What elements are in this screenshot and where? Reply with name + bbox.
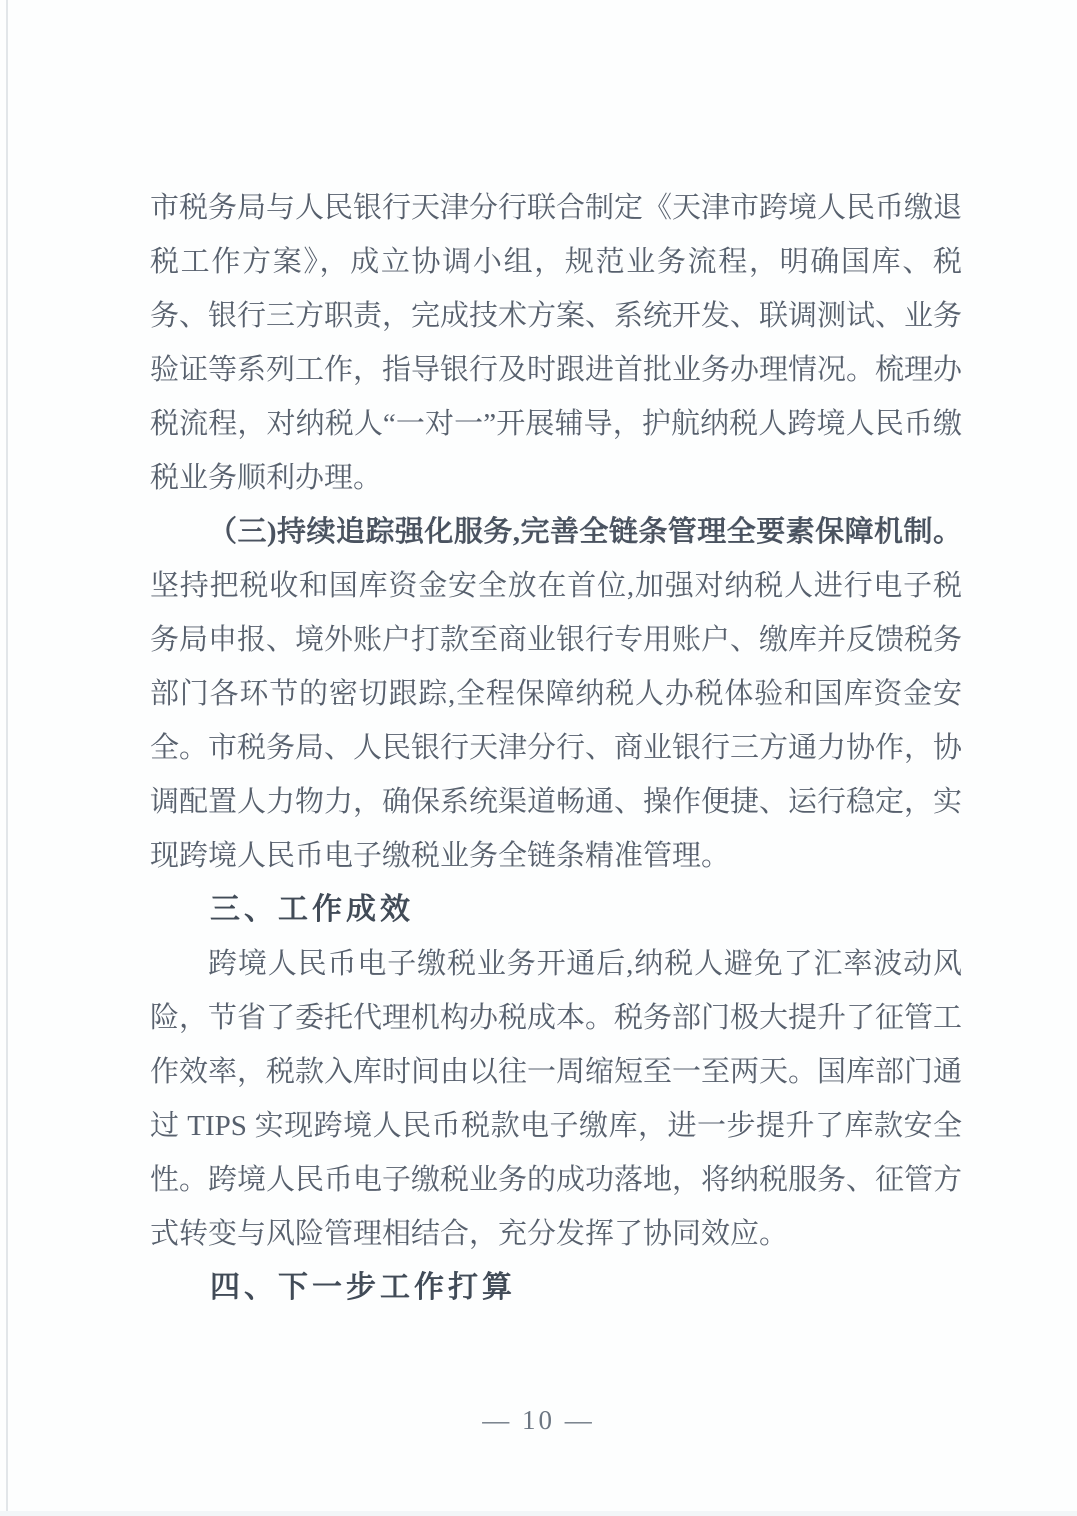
paragraph-continuation: 市税务局与人民银行天津分行联合制定《天津市跨境人民币缴退税工作方案》，成立协调小… (150, 181, 962, 505)
scan-edge-bottom (0, 1511, 1077, 1516)
paragraph-section-3: （三)持续追踪强化服务,完善全链条管理全要素保障机制。坚持把税收和国库资金安全放… (150, 505, 962, 883)
paragraph-work-results: 跨境人民币电子缴税业务开通后,纳税人避免了汇率波动风险，节省了委托代理机构办税成… (150, 937, 962, 1261)
heading-work-results: 三、工作成效 (150, 883, 962, 937)
paragraph-section-3-body: 坚持把税收和国库资金安全放在首位,加强对纳税人进行电子税务局申报、境外账户打款至… (150, 570, 962, 872)
sub-heading-section-3: （三)持续追踪强化服务,完善全链条管理全要素保障机制。 (208, 516, 962, 548)
heading-next-steps: 四、下一步工作打算 (150, 1261, 962, 1315)
page-number: — 10 — (0, 1400, 1077, 1440)
document-body: 市税务局与人民银行天津分行联合制定《天津市跨境人民币缴退税工作方案》，成立协调小… (150, 181, 962, 1315)
document-page: 市税务局与人民银行天津分行联合制定《天津市跨境人民币缴退税工作方案》，成立协调小… (0, 0, 1077, 1516)
scan-edge-left (6, 0, 8, 1516)
